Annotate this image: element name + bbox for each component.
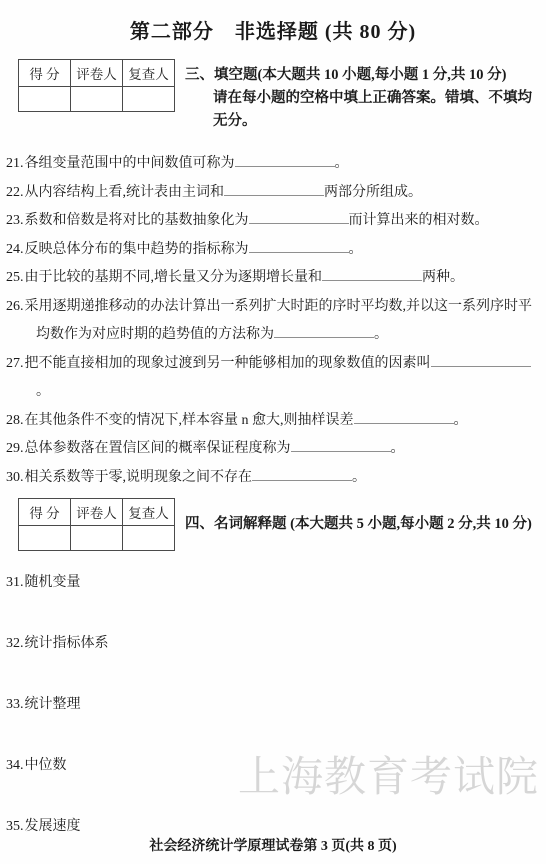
question-number: 30. bbox=[6, 470, 25, 485]
question-text-post: 两部分所组成。 bbox=[324, 185, 422, 200]
question-number: 33. bbox=[6, 697, 25, 712]
term-question-33: 33.统计整理 bbox=[6, 695, 546, 715]
question-number: 31. bbox=[6, 575, 25, 590]
term-question-35: 35.发展速度 bbox=[6, 817, 546, 837]
fill-question-27: 27.把不能直接相加的现象过渡到另一种能够相加的现象数值的因素叫。 bbox=[6, 350, 542, 407]
term-text: 统计整理 bbox=[25, 697, 81, 712]
fill-question-22: 22.从内容结构上看,统计表由主词和两部分所组成。 bbox=[6, 179, 542, 208]
answer-blank bbox=[249, 210, 349, 224]
score-table-2: 得 分 评卷人 复查人 bbox=[18, 498, 175, 551]
grader-cell-label: 评卷人 bbox=[71, 499, 123, 526]
question-text-pre: 总体参数落在置信区间的概率保证程度称为 bbox=[25, 441, 291, 456]
score-cell-empty bbox=[19, 87, 71, 112]
question-number: 22. bbox=[6, 185, 25, 200]
term-text: 发展速度 bbox=[25, 819, 81, 834]
question-number: 35. bbox=[6, 819, 25, 834]
section4-header-row: 得 分 评卷人 复查人 四、名词解释题 (本大题共 5 小题,每小题 2 分,共… bbox=[0, 498, 546, 551]
question-text-post: 。 bbox=[391, 441, 405, 456]
question-number: 25. bbox=[6, 270, 25, 285]
question-text-pre: 把不能直接相加的现象过渡到另一种能够相加的现象数值的因素叫 bbox=[25, 356, 431, 371]
score-cell-empty bbox=[19, 526, 71, 551]
term-question-list: 31.随机变量32.统计指标体系33.统计整理34.中位数35.发展速度 bbox=[0, 573, 546, 837]
question-text-post: 。 bbox=[36, 384, 50, 399]
fill-question-list: 21.各组变量范围中的中间数值可称为。22.从内容结构上看,统计表由主词和两部分… bbox=[0, 150, 546, 492]
fill-question-21: 21.各组变量范围中的中间数值可称为。 bbox=[6, 150, 542, 179]
question-text-post: 。 bbox=[349, 242, 363, 257]
term-question-31: 31.随机变量 bbox=[6, 573, 546, 593]
fill-question-28: 28.在其他条件不变的情况下,样本容量 n 愈大,则抽样误差。 bbox=[6, 407, 542, 436]
reviewer-cell-label: 复查人 bbox=[123, 499, 175, 526]
fill-question-29: 29.总体参数落在置信区间的概率保证程度称为。 bbox=[6, 435, 542, 464]
answer-blank bbox=[224, 182, 324, 196]
question-text-pre: 各组变量范围中的中间数值可称为 bbox=[25, 156, 235, 171]
fill-question-25: 25.由于比较的基期不同,增长量又分为逐期增长量和两种。 bbox=[6, 264, 542, 293]
answer-blank bbox=[252, 467, 352, 481]
question-text-post: 。 bbox=[352, 470, 366, 485]
reviewer-cell-empty bbox=[123, 526, 175, 551]
fill-question-23: 23.系数和倍数是将对比的基数抽象化为而计算出来的相对数。 bbox=[6, 207, 542, 236]
section3-heading: 三、填空题(本大题共 10 小题,每小题 1 分,共 10 分) bbox=[185, 59, 546, 87]
grader-cell-label: 评卷人 bbox=[71, 60, 123, 87]
term-question-32: 32.统计指标体系 bbox=[6, 634, 546, 654]
question-text-pre: 由于比较的基期不同,增长量又分为逐期增长量和 bbox=[25, 270, 323, 285]
question-text-pre: 相关系数等于零,说明现象之间不存在 bbox=[25, 470, 253, 485]
answer-blank bbox=[354, 410, 454, 424]
question-text-post: 两种。 bbox=[422, 270, 464, 285]
score-cell-label: 得 分 bbox=[19, 499, 71, 526]
question-text-post: 。 bbox=[335, 156, 349, 171]
page-footer: 社会经济统计学原理试卷第 3 页(共 8 页) bbox=[0, 835, 546, 855]
question-text-pre: 在其他条件不变的情况下,样本容量 n 愈大,则抽样误差 bbox=[25, 413, 354, 428]
reviewer-cell-label: 复查人 bbox=[123, 60, 175, 87]
page-title: 第二部分 非选择题 (共 80 分) bbox=[0, 0, 546, 44]
section4-heading: 四、名词解释题 (本大题共 5 小题,每小题 2 分,共 10 分) bbox=[185, 513, 532, 536]
question-number: 24. bbox=[6, 242, 25, 257]
fill-question-26: 26.采用逐期递推移动的办法计算出一系列扩大时距的序时平均数,并以这一系列序时平… bbox=[6, 293, 542, 350]
question-number: 23. bbox=[6, 213, 25, 228]
answer-blank bbox=[274, 324, 374, 338]
question-text-post: 而计算出来的相对数。 bbox=[349, 213, 489, 228]
question-number: 28. bbox=[6, 413, 25, 428]
question-number: 26. bbox=[6, 299, 25, 314]
grader-cell-empty bbox=[71, 87, 123, 112]
section3-instruction: 请在每小题的空格中填上正确答案。错填、不填均无分。 bbox=[213, 87, 546, 133]
question-text-pre: 从内容结构上看,统计表由主词和 bbox=[25, 185, 225, 200]
section3-header-row: 得 分 评卷人 复查人 三、填空题(本大题共 10 小题,每小题 1 分,共 1… bbox=[0, 59, 546, 133]
term-text: 中位数 bbox=[25, 758, 67, 773]
question-number: 34. bbox=[6, 758, 25, 773]
score-table-1: 得 分 评卷人 复查人 bbox=[18, 59, 175, 112]
fill-question-30: 30.相关系数等于零,说明现象之间不存在。 bbox=[6, 464, 542, 493]
question-text-post: 。 bbox=[374, 327, 388, 342]
term-question-34: 34.中位数 bbox=[6, 756, 546, 776]
score-cell-label: 得 分 bbox=[19, 60, 71, 87]
question-number: 27. bbox=[6, 356, 25, 371]
section3-heading-block: 三、填空题(本大题共 10 小题,每小题 1 分,共 10 分) 请在每小题的空… bbox=[185, 59, 546, 133]
term-text: 随机变量 bbox=[25, 575, 81, 590]
reviewer-cell-empty bbox=[123, 87, 175, 112]
term-text: 统计指标体系 bbox=[25, 636, 109, 651]
grader-cell-empty bbox=[71, 526, 123, 551]
question-number: 29. bbox=[6, 441, 25, 456]
exam-page: 第二部分 非选择题 (共 80 分) 得 分 评卷人 复查人 三、填空题(本大题… bbox=[0, 0, 546, 864]
answer-blank bbox=[431, 353, 531, 367]
question-text-pre: 反映总体分布的集中趋势的指标称为 bbox=[25, 242, 249, 257]
fill-question-24: 24.反映总体分布的集中趋势的指标称为。 bbox=[6, 236, 542, 265]
answer-blank bbox=[235, 153, 335, 167]
question-text-pre: 系数和倍数是将对比的基数抽象化为 bbox=[25, 213, 249, 228]
question-text-post: 。 bbox=[454, 413, 468, 428]
answer-blank bbox=[249, 239, 349, 253]
answer-blank bbox=[291, 438, 391, 452]
question-number: 32. bbox=[6, 636, 25, 651]
answer-blank bbox=[322, 267, 422, 281]
question-number: 21. bbox=[6, 156, 25, 171]
